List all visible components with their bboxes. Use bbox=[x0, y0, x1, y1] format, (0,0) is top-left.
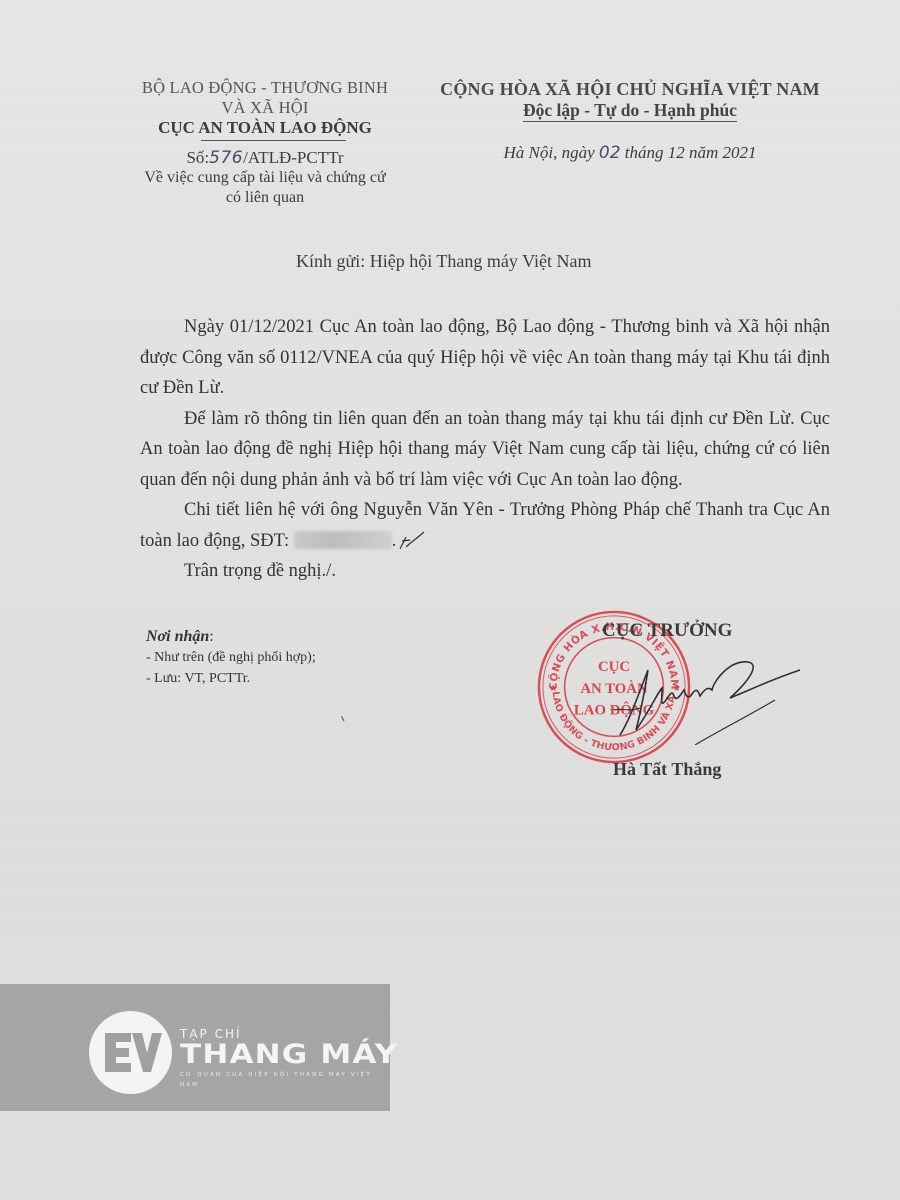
contact-text: Chi tiết liên hệ với ông Nguyễn Văn Yên … bbox=[140, 500, 830, 551]
magazine-watermark-banner: TẠP CHÍ THANG MÁY CƠ QUAN CỦA HIỆP HỘI T… bbox=[0, 984, 390, 1111]
handwritten-signature bbox=[600, 650, 810, 745]
salutation: Kính gửi: Hiệp hội Thang máy Việt Nam bbox=[296, 251, 591, 272]
magazine-logo-text: TẠP CHÍ THANG MÁY CƠ QUAN CỦA HIỆP HỘI T… bbox=[180, 1028, 390, 1090]
national-header: CỘNG HÒA XÃ HỘI CHỦ NGHĨA VIỆT NAM Độc l… bbox=[410, 78, 850, 163]
agency-name: CỤC AN TOÀN LAO ĐỘNG bbox=[158, 118, 372, 138]
date-prefix: Hà Nội, ngày bbox=[503, 143, 594, 162]
issuing-agency-header: BỘ LAO ĐỘNG - THƯƠNG BINH VÀ XÃ HỘI CỤC … bbox=[110, 78, 420, 208]
nation-title: CỘNG HÒA XÃ HỘI CHỦ NGHĨA VIỆT NAM bbox=[410, 78, 850, 100]
ev-logo-icon bbox=[89, 1011, 172, 1094]
date-day-handwritten: 02 bbox=[599, 143, 621, 163]
svg-text:★: ★ bbox=[549, 683, 558, 694]
closing-line: Trân trọng đề nghị./. bbox=[140, 556, 830, 587]
magazine-tagline: CƠ QUAN CỦA HIỆP HỘI THANG MÁY VIỆT NAM bbox=[180, 1070, 390, 1090]
recipient-item: - Như trên (đề nghị phối hợp); bbox=[146, 647, 316, 668]
letter-body: Ngày 01/12/2021 Cục An toàn lao động, Bộ… bbox=[140, 312, 830, 587]
agency-underline bbox=[201, 140, 346, 141]
subject-line1: Về việc cung cấp tài liệu và chứng cứ bbox=[110, 168, 420, 188]
document-number: Số:576/ATLĐ-PCTTr bbox=[110, 148, 420, 168]
doc-number-prefix: Số: bbox=[186, 148, 209, 167]
redacted-phone-number bbox=[294, 531, 392, 549]
body-paragraph: Ngày 01/12/2021 Cục An toàn lao động, Bộ… bbox=[140, 312, 830, 404]
issue-date: Hà Nội, ngày 02 tháng 12 năm 2021 bbox=[410, 143, 850, 163]
ministry-name-line1: BỘ LAO ĐỘNG - THƯƠNG BINH bbox=[110, 78, 420, 98]
ministry-name-line2: VÀ XÃ HỘI bbox=[110, 98, 420, 118]
recipients-block: Nơi nhận: - Như trên (đề nghị phối hợp);… bbox=[146, 626, 316, 689]
recipients-label: Nơi nhận bbox=[146, 628, 209, 645]
subject-line2: có liên quan bbox=[110, 188, 420, 208]
stray-ink-mark bbox=[341, 716, 345, 722]
doc-number-handwritten: 576 bbox=[209, 148, 243, 168]
doc-number-suffix: /ATLĐ-PCTTr bbox=[243, 148, 343, 167]
recipient-item: - Lưu: VT, PCTTr. bbox=[146, 668, 316, 689]
signer-name: Hà Tất Thắng bbox=[613, 759, 721, 780]
signer-title: CỤC TRƯỞNG bbox=[602, 620, 732, 642]
body-paragraph: Để làm rõ thông tin liên quan đến an toà… bbox=[140, 404, 830, 496]
date-suffix: tháng 12 năm 2021 bbox=[625, 143, 757, 162]
magazine-title: THANG MÁY bbox=[180, 1042, 422, 1068]
national-motto: Độc lập - Tự do - Hạnh phúc bbox=[523, 100, 737, 122]
contact-paragraph: Chi tiết liên hệ với ông Nguyễn Văn Yên … bbox=[140, 495, 830, 556]
recipients-label-colon: : bbox=[209, 628, 213, 645]
handwritten-initial-mark bbox=[396, 531, 426, 551]
